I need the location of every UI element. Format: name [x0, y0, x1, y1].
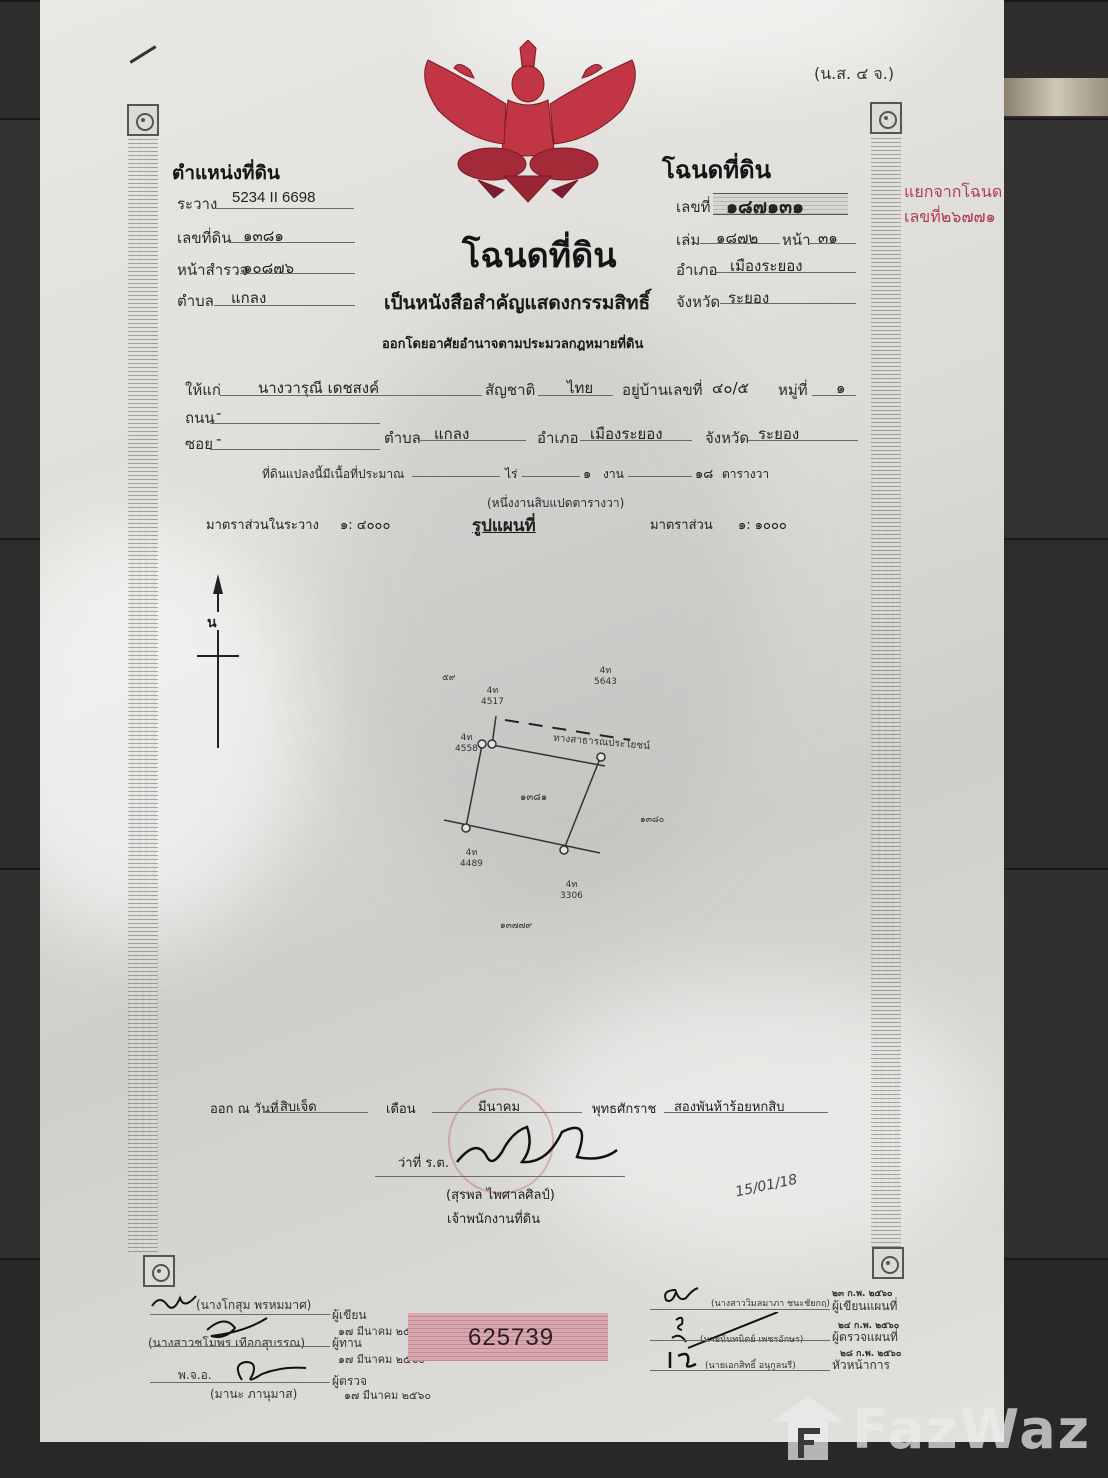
boundary-marker: 4ท5643	[594, 666, 617, 688]
rai-label: ไร่	[505, 465, 517, 484]
underline	[700, 243, 780, 244]
district-label-2: อำเภอ	[537, 426, 578, 450]
marker-code: 4ท	[487, 686, 499, 696]
province-label-2: จังหวัด	[705, 426, 749, 450]
neighbor-parcel-label: ๕๙	[442, 670, 455, 684]
underline	[748, 440, 858, 441]
boundary-marker: 4ท3306	[560, 880, 583, 902]
book-value: ๑๘๗๒	[716, 226, 758, 250]
corner-ornament-icon	[870, 102, 902, 134]
underline	[220, 395, 482, 396]
border-bottom	[176, 1252, 872, 1282]
land-location-heading: ตำแหน่งที่ดิน	[172, 158, 280, 188]
garuda-emblem-icon	[408, 40, 652, 214]
map-writer-role: ผู้เขียนแผนที่	[832, 1297, 897, 1316]
underline	[664, 1112, 828, 1113]
underline	[650, 1340, 830, 1341]
soi-label: ซอย	[185, 432, 213, 456]
underline	[716, 272, 856, 273]
split-note-line1: แยกจากโฉนด	[904, 180, 1002, 205]
deed-number-label: เลขที่	[676, 195, 710, 219]
marker-code: 4ท	[466, 848, 478, 858]
underline	[150, 1382, 330, 1383]
deed-heading: โฉนดที่ดิน	[662, 150, 771, 189]
scale-label: มาตราส่วน	[650, 514, 713, 535]
marker-code: 4ท	[566, 880, 578, 890]
neighbor-parcel-label: ๑๓๗๗๙	[500, 918, 532, 932]
underline	[812, 395, 856, 396]
boundary-marker: 4ท4558	[455, 733, 478, 755]
subdistrict-label-2: ตำบล	[384, 426, 421, 450]
area-in-words: (หนึ่งงานสิบแปดตารางวา)	[487, 494, 624, 513]
north-arrow-icon	[193, 572, 243, 756]
underline	[412, 476, 500, 477]
form-code: (น.ส. ๔ จ.)	[814, 62, 894, 87]
underline	[264, 1112, 368, 1113]
map-heading: รูปแผนที่	[472, 512, 536, 539]
issue-year: สองพันห้าร้อยหกสิบ	[674, 1096, 784, 1117]
address-label: อยู่บ้านเลขที่	[622, 378, 702, 402]
parcel-no-value: ๑๓๘๑	[243, 224, 284, 248]
boundary-marker: 4ท4517	[481, 686, 504, 708]
deed-number: ๑๘๗๑๓๑	[726, 192, 804, 222]
marker-code: 4ท	[461, 733, 473, 743]
owner-name: นางวารุณี เดชสงค์	[258, 376, 379, 400]
inspector-date: ๑๗ มีนาคม ๒๕๖๐	[344, 1386, 431, 1404]
corner-ornament-icon	[143, 1255, 175, 1287]
month-label: เดือน	[386, 1098, 416, 1119]
underline	[240, 273, 355, 274]
map-inspector-name: (นายนันทนิตย์ เพชรอักษร)	[700, 1332, 803, 1346]
underline	[522, 476, 580, 477]
underline	[580, 440, 692, 441]
document-title: โฉนดที่ดิน	[462, 228, 616, 282]
underline	[720, 303, 856, 304]
survey-page-value: ๑๐๘๗๖	[243, 256, 294, 280]
underline	[650, 1370, 830, 1371]
page-value: ๓๑	[818, 226, 838, 250]
corner-ornament-icon	[872, 1247, 904, 1279]
district-value: เมืองระยอง	[730, 254, 803, 278]
marker-number: 3306	[560, 891, 583, 901]
border-left	[128, 137, 158, 1252]
underline	[210, 449, 380, 450]
district-value-2: เมืองระยอง	[590, 422, 663, 446]
underline	[210, 423, 380, 424]
boundary-marker: 4ท4489	[460, 848, 483, 870]
parcel-label: ๑๓๘๑	[520, 790, 547, 805]
sheet-scale-value: ๑: ๔๐๐๐	[340, 514, 390, 535]
officer-title: เจ้าพนักงานที่ดิน	[447, 1208, 540, 1229]
acting-rank-label: ว่าที่ ร.ต.	[398, 1152, 449, 1173]
underline	[214, 305, 355, 306]
province-value: ระยอง	[728, 286, 769, 310]
underline	[650, 1309, 830, 1310]
marker-code: 4ท	[600, 666, 612, 676]
underline	[375, 1176, 625, 1177]
marker-number: 5643	[594, 677, 617, 687]
underline	[230, 242, 355, 243]
moo-label: หมู่ที่	[778, 378, 808, 402]
signature-map-writer	[660, 1284, 700, 1312]
nationality-label: สัญชาติ	[485, 378, 535, 402]
wa-value: ๑๘	[695, 463, 713, 484]
marker-number: 4489	[460, 859, 483, 869]
underline	[538, 395, 613, 396]
province-value-2: ระยอง	[758, 422, 799, 446]
map-writer-name: (นางสาววิมลมาภา ชนะชัยกฤ)	[711, 1296, 830, 1310]
area-prefix: ที่ดินแปลงนี้มีเนื้อที่ประมาณ	[262, 465, 404, 484]
issue-day: สิบเจ็ด	[280, 1096, 317, 1117]
inspector-name: (มานะ ภานุมาส)	[210, 1385, 297, 1404]
sheet-value: 5234 II 6698	[232, 189, 315, 206]
parcel-no-label: เลขที่ดิน	[177, 226, 231, 250]
marker-number: 4517	[481, 697, 504, 707]
reviewer-name: (นางสาวชโมพร เทือกสุบรรณ)	[148, 1334, 305, 1353]
neighbor-parcel-label: ๑๓๘๐	[640, 812, 664, 826]
map-inspector-role: ผู้ตรวจแผนที่	[832, 1328, 898, 1347]
sheet-label: ระวาง	[177, 192, 217, 216]
officer-signature	[452, 1122, 622, 1181]
ngan-label: งาน	[603, 465, 624, 484]
chief-role: หัวหน้าการ	[832, 1356, 890, 1375]
split-note-line2: เลขที่๒๖๗๗๑	[904, 205, 996, 230]
north-label: น	[207, 612, 217, 634]
year-label: พุทธศักราช	[592, 1098, 656, 1119]
marker-number: 4558	[455, 744, 478, 754]
issued-by-authority: ออกโดยอาศัยอำนาจตามประมวลกฎหมายที่ดิน	[382, 333, 643, 354]
document-subtitle: เป็นหนังสือสำคัญแสดงกรรมสิทธิ์	[384, 288, 650, 318]
background-gap	[1004, 78, 1108, 116]
ngan-value: ๑	[583, 463, 591, 484]
subdistrict-value-2: แกลง	[434, 422, 469, 446]
district-label: อำเภอ	[676, 258, 717, 282]
officer-name: (สุรพล ไพศาลศิลป์)	[446, 1184, 555, 1205]
serial-number: 625739	[468, 1324, 554, 1352]
signature-chief	[664, 1348, 704, 1376]
to-label: ให้แก่	[185, 378, 221, 402]
scale-value: ๑: ๑๐๐๐	[738, 514, 787, 535]
fazwaz-watermark: FazWaz	[852, 1398, 1091, 1461]
nationality-value: ไทย	[567, 376, 593, 400]
road-value: -	[216, 404, 221, 422]
underline	[150, 1346, 330, 1347]
province-label: จังหวัด	[676, 290, 720, 314]
underline	[420, 440, 526, 441]
page-label: หน้า	[782, 228, 811, 252]
sheet-scale-label: มาตราส่วนในระวาง	[206, 514, 319, 535]
border-right	[871, 135, 901, 1247]
wa-label: ตารางวา	[722, 465, 769, 484]
book-label: เล่ม	[676, 228, 700, 252]
underline	[808, 243, 856, 244]
moo-value: ๑	[836, 376, 846, 400]
corner-ornament-icon	[127, 104, 159, 136]
soi-value: -	[216, 430, 221, 448]
address-number: ๔๐/๕	[712, 376, 749, 400]
subdistrict-value: แกลง	[231, 286, 266, 310]
survey-page-label: หน้าสำรวจ	[177, 258, 248, 282]
house-logo-icon	[768, 1392, 848, 1468]
issued-date-label: ออก ณ วันที่	[210, 1098, 279, 1119]
underline	[628, 476, 692, 477]
subdistrict-label: ตำบล	[177, 289, 214, 313]
underline	[214, 208, 354, 209]
road-label: ถนน	[185, 406, 215, 430]
